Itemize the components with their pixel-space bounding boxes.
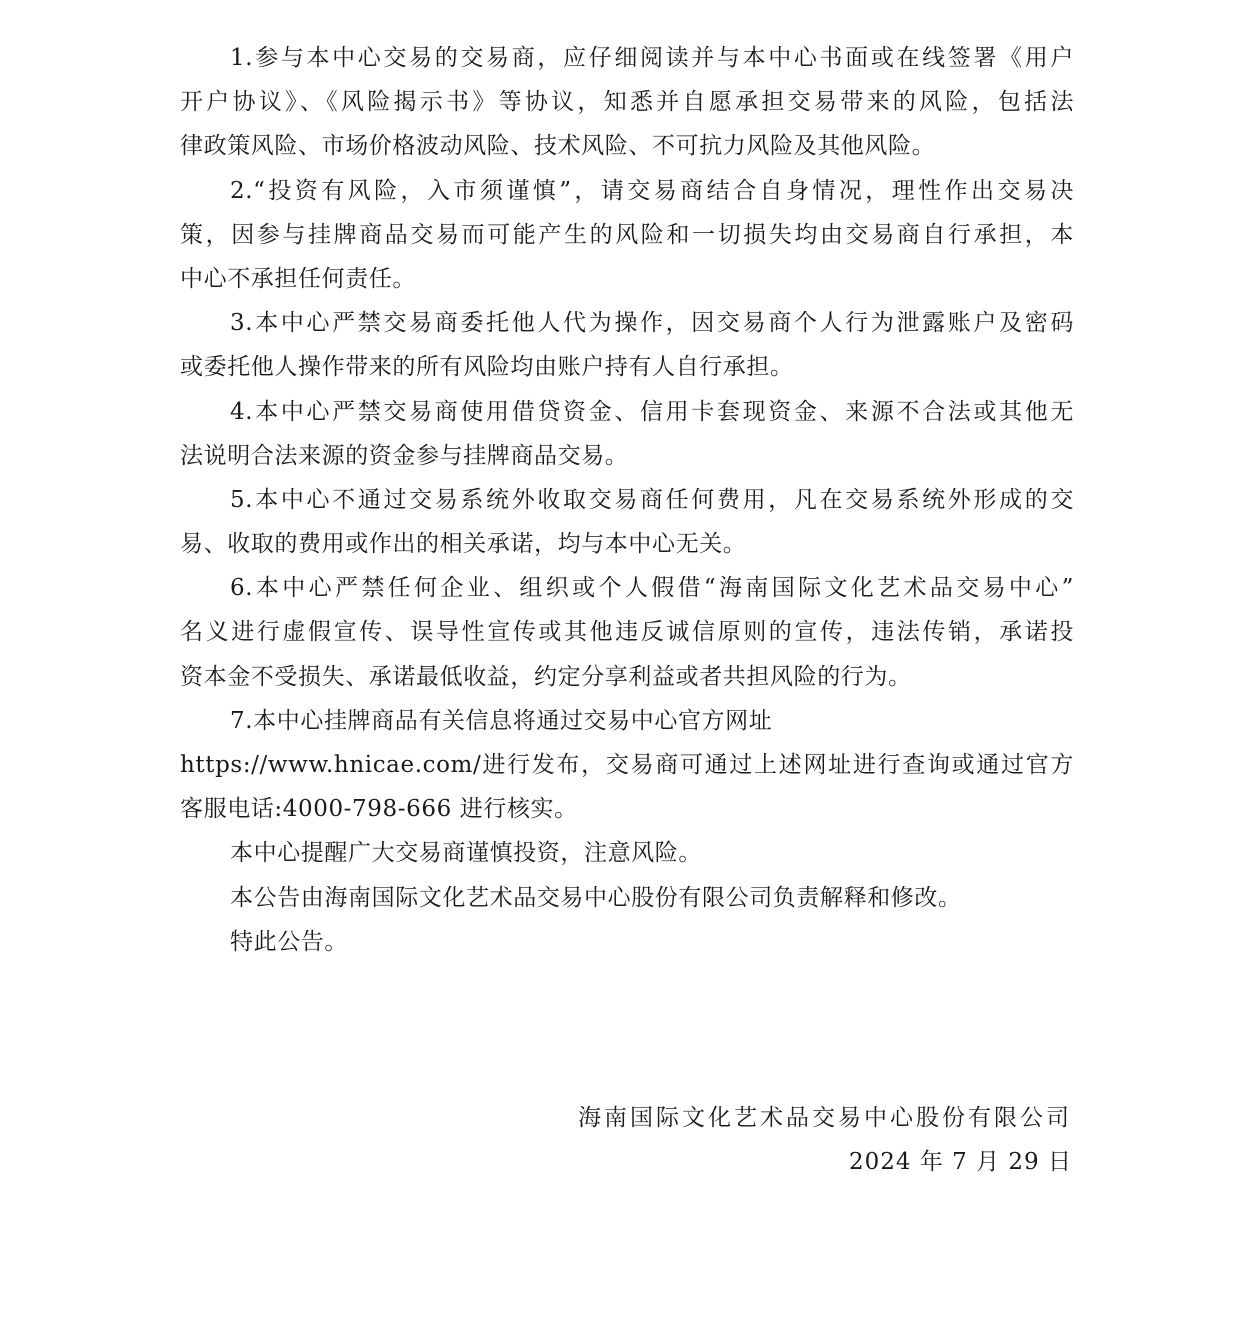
clause-4-line-1: 4.本中心严禁交易商使用借贷资金、信用卡套现资金、来源不合法或其他无 [180, 390, 1074, 434]
clause-3: 3.本中心严禁交易商委托他人代为操作，因交易商个人行为泄露账户及密码 或委托他人… [180, 301, 1074, 389]
signature-block: 海南国际文化艺术品交易中心股份有限公司 2024 年 7 月 29 日 [578, 1096, 1072, 1184]
clause-6-line-1: 6.本中心严禁任何企业、组织或个人假借“海南国际文化艺术品交易中心” [180, 566, 1074, 610]
clause-3-line-1: 3.本中心严禁交易商委托他人代为操作，因交易商个人行为泄露账户及密码 [180, 301, 1074, 345]
clause-7-line-3-phone: 客服电话:4000-798-666 进行核实。 [180, 787, 1074, 831]
clause-3-line-2: 或委托他人操作带来的所有风险均由账户持有人自行承担。 [180, 345, 1074, 389]
clause-4-line-2: 法说明合法来源的资金参与挂牌商品交易。 [180, 434, 1074, 478]
closing-statement: 特此公告。 [180, 920, 1074, 964]
clause-7-line-2-url: https://www.hnicae.com/进行发布，交易商可通过上述网址进行… [180, 743, 1074, 787]
clause-6-line-3: 资本金不受损失、承诺最低收益，约定分享利益或者共担风险的行为。 [180, 655, 1074, 699]
clause-2-line-2: 策，因参与挂牌商品交易而可能产生的风险和一切损失均由交易商自行承担，本 [180, 213, 1074, 257]
clause-6: 6.本中心严禁任何企业、组织或个人假借“海南国际文化艺术品交易中心” 名义进行虚… [180, 566, 1074, 699]
announcement-body: 1.参与本中心交易的交易商，应仔细阅读并与本中心书面或在线签署《用户 开户协议》… [180, 36, 1074, 964]
clause-7-line-1: 7.本中心挂牌商品有关信息将通过交易中心官方网址 [180, 699, 1074, 743]
clause-5-line-1: 5.本中心不通过交易系统外收取交易商任何费用，凡在交易系统外形成的交 [180, 478, 1074, 522]
clause-6-line-2: 名义进行虚假宣传、误导性宣传或其他违反诚信原则的宣传，违法传销，承诺投 [180, 610, 1074, 654]
clause-1-line-3: 律政策风险、市场价格波动风险、技术风险、不可抗力风险及其他风险。 [180, 124, 1074, 168]
clause-5-line-2: 易、收取的费用或作出的相关承诺，均与本中心无关。 [180, 522, 1074, 566]
risk-reminder-text: 本中心提醒广大交易商谨慎投资，注意风险。 [180, 831, 1074, 875]
issue-date: 2024 年 7 月 29 日 [578, 1140, 1072, 1184]
interpretation-note-text: 本公告由海南国际文化艺术品交易中心股份有限公司负责解释和修改。 [180, 876, 1074, 920]
clause-2-line-3: 中心不承担任何责任。 [180, 257, 1074, 301]
clause-1-line-1: 1.参与本中心交易的交易商，应仔细阅读并与本中心书面或在线签署《用户 [180, 36, 1074, 80]
clause-5: 5.本中心不通过交易系统外收取交易商任何费用，凡在交易系统外形成的交 易、收取的… [180, 478, 1074, 566]
clause-7: 7.本中心挂牌商品有关信息将通过交易中心官方网址 https://www.hni… [180, 699, 1074, 832]
issuing-organization: 海南国际文化艺术品交易中心股份有限公司 [578, 1096, 1072, 1140]
clause-1-line-2: 开户协议》、《风险揭示书》等协议，知悉并自愿承担交易带来的风险，包括法 [180, 80, 1074, 124]
risk-reminder: 本中心提醒广大交易商谨慎投资，注意风险。 [180, 831, 1074, 875]
clause-2-line-1: 2.“投资有风险，入市须谨慎”，请交易商结合自身情况，理性作出交易决 [180, 169, 1074, 213]
clause-1: 1.参与本中心交易的交易商，应仔细阅读并与本中心书面或在线签署《用户 开户协议》… [180, 36, 1074, 169]
clause-4: 4.本中心严禁交易商使用借贷资金、信用卡套现资金、来源不合法或其他无 法说明合法… [180, 390, 1074, 478]
interpretation-note: 本公告由海南国际文化艺术品交易中心股份有限公司负责解释和修改。 [180, 876, 1074, 920]
clause-2: 2.“投资有风险，入市须谨慎”，请交易商结合自身情况，理性作出交易决 策，因参与… [180, 169, 1074, 302]
closing-statement-text: 特此公告。 [180, 920, 1074, 964]
